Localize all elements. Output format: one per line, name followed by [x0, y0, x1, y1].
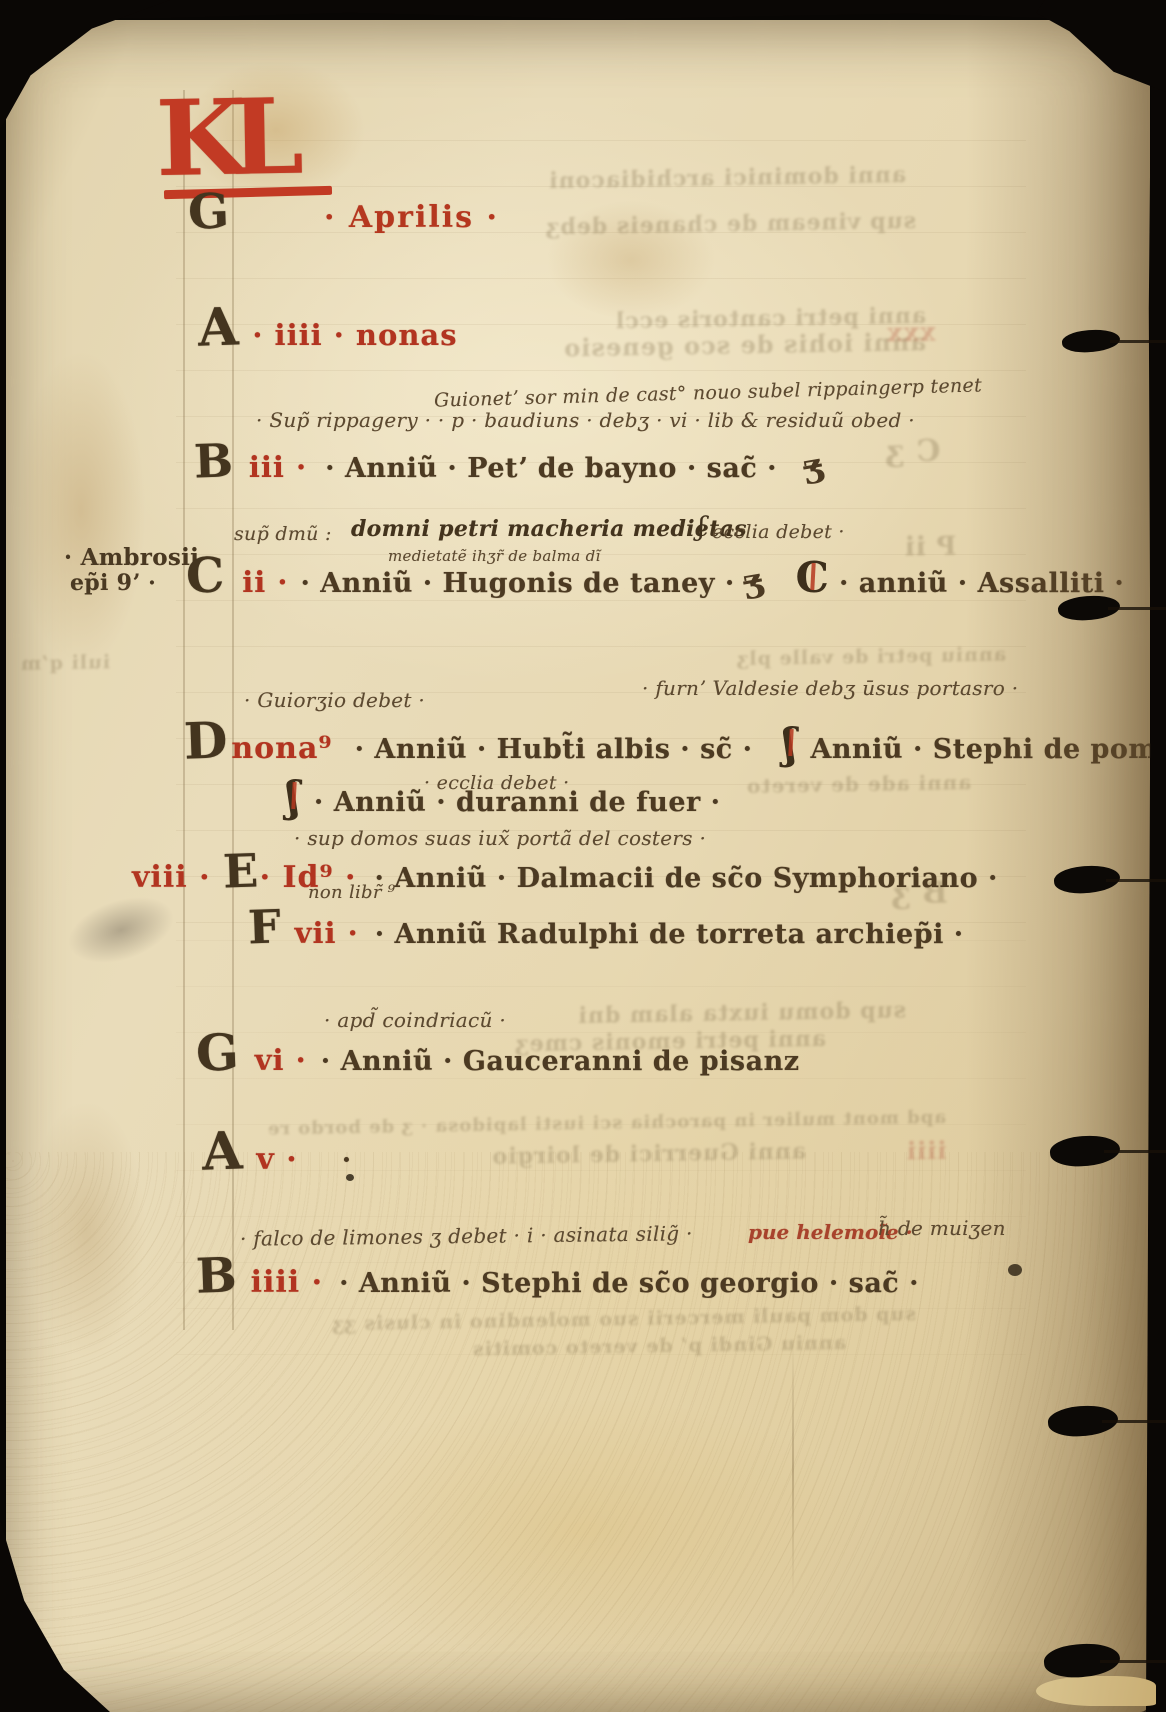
ink-dot — [346, 1174, 354, 1181]
paraph-mark: ʃ — [783, 727, 797, 761]
entry-g-vi: G vi · · Anniũ · Gauceranni de pisanz — [196, 1028, 800, 1078]
obit-text: · Anniũ · Hugonis de taney · — [300, 568, 734, 599]
ink-dot — [1008, 1264, 1022, 1276]
marginal-note-supdomum-names: domni petri macheria medietas — [351, 516, 747, 542]
sewing-thread — [1108, 607, 1166, 610]
marginal-note-furni: · furnʼ Valdesie debʒ ūsus portasro · — [642, 676, 1018, 700]
marginal-note-supdomum-debet: ecclia debet · — [712, 521, 845, 543]
roman-numeral: ii · — [242, 565, 288, 599]
dominical-letter: A — [197, 301, 239, 354]
entry-kalends: G — [188, 188, 229, 236]
dominical-letter: A — [201, 1125, 243, 1178]
roman-numeral: vi · — [255, 1043, 307, 1077]
flourish-mark: ʒ — [800, 445, 825, 487]
obit-text: · Anniũ · Hubt̃i albis · sc̃ · — [355, 734, 753, 765]
sewing-thread — [1100, 1660, 1166, 1663]
entry-f-vii: F vii · · Anniũ Radulphi de torreta arch… — [248, 904, 964, 950]
paraph-mark: C — [796, 561, 829, 595]
roman-numeral: · iiii · nonas — [252, 318, 457, 352]
marginal-note-guiorgio: · Guiorʒio debet · — [244, 688, 425, 712]
obit-text: · Anniũ · Stephi de sc̃o georgio · sac̃ … — [339, 1268, 919, 1299]
flourish-mark: ʒ — [740, 560, 765, 602]
marginal-note-falco-end: h̃ de muiʒen — [878, 1216, 1006, 1240]
red-touch — [810, 563, 815, 590]
marginal-note-rippagery-2: · Sup̃ rippagery · · p · baudiuns · debʒ… — [256, 408, 915, 432]
entry-a-iiii-nonas: A · iiii · nonas — [198, 302, 458, 354]
obit-text: · Anniũ · Gauceranni de pisanz — [321, 1046, 800, 1077]
bleedthrough-text: C ʒ — [886, 434, 941, 470]
margin-feast-ambrosii: · Ambrosii — [64, 544, 199, 571]
interlinear-note-nonlibr: non libr̃ ⁹ — [308, 882, 395, 903]
roman-numeral-pre: viii · — [132, 860, 211, 895]
entry-b-iii: B iii · · Anniũ · Petʼ de bayno · sac̃ ·… — [194, 438, 822, 485]
dominical-letter: B — [193, 437, 233, 484]
stain — [59, 884, 182, 975]
dominical-letter: F — [247, 903, 281, 950]
roman-numeral: nona⁹ — [231, 731, 332, 766]
roman-numeral: vii · — [295, 916, 359, 950]
obit-text: · Anniũ · Dalmacii de sc̃o Symphoriano · — [375, 863, 998, 894]
obit-text: · Anniũ · duranni de fuer · — [314, 787, 721, 818]
month-heading: · Aprilis · — [324, 200, 499, 235]
dominical-letter: G — [195, 1027, 239, 1078]
entry-e-viii-idus: viii · E · Id⁹ · · Anniũ · Dalmacii de s… — [132, 848, 998, 895]
stain — [16, 350, 146, 670]
dominical-letter: G — [187, 187, 230, 236]
ruling-vertical — [183, 90, 185, 1330]
entry-b-iiii: B iiii · · Anniũ · Stephi de sc̃o georgi… — [196, 1252, 919, 1300]
bleedthrough-text: iuli qʼm — [20, 651, 110, 675]
obit-text-2: Anniũ · Stephi de pomiers — [810, 734, 1166, 765]
divider-mark: ʃ — [698, 512, 705, 542]
sewing-thread — [1106, 879, 1166, 882]
roman-numeral: iiii · — [251, 1265, 323, 1300]
roman-numeral: iii · — [249, 450, 307, 484]
roman-numeral: v · — [256, 1142, 297, 1177]
sewing-thread — [1110, 340, 1166, 343]
sewing-thread — [1102, 1420, 1166, 1423]
parchment-curl — [1036, 1676, 1156, 1706]
dominical-letter: B — [195, 1251, 237, 1300]
dominical-letter: E — [222, 847, 259, 894]
bleedthrough-text: anni ade de vereto — [746, 770, 971, 798]
obit-text-2: · anniũ · Assalliti · — [839, 568, 1124, 599]
manuscript-photo: anni dominici archidiaconi sup vineam de… — [0, 0, 1166, 1712]
paraph-mark: ʃ — [286, 780, 300, 814]
sewing-thread — [1104, 1150, 1166, 1153]
dominical-letter: D — [183, 715, 228, 766]
marginal-note-supdomos: · sup domos suas iux̃ portã del costers … — [294, 826, 706, 850]
bleedthrough-rubric: iiii — [906, 1136, 947, 1166]
entry-a-v: A v · · — [202, 1126, 352, 1178]
parchment-page: anni dominici archidiaconi sup vineam de… — [6, 20, 1150, 1712]
margin-feast-ambrosii-2: ep̃i 9ʼ · — [70, 570, 156, 596]
obit-text: · Anniũ Radulphi de torreta archiep̃i · — [375, 919, 964, 950]
marginal-note-supdomum: sup̃ dmũ : — [234, 523, 332, 545]
dominical-letter: C — [185, 551, 225, 600]
entry-duranni: ʃ · Anniũ · duranni de fuer · — [286, 780, 721, 818]
obit-text: · Anniũ · Petʼ de bayno · sac̃ · — [325, 453, 777, 484]
punctus: · — [342, 1145, 352, 1176]
photo-background-top — [0, 0, 1166, 22]
entry-d-nonas: D nona⁹ · Anniũ · Hubt̃i albis · sc̃ · ʃ… — [184, 716, 1166, 766]
bleedthrough-rubric: xxx — [886, 318, 936, 349]
kl-monogram: KL — [155, 85, 288, 191]
entry-c-ii: C ii · · Anniũ · Hugonis de taney · ʒ C … — [186, 552, 1124, 600]
